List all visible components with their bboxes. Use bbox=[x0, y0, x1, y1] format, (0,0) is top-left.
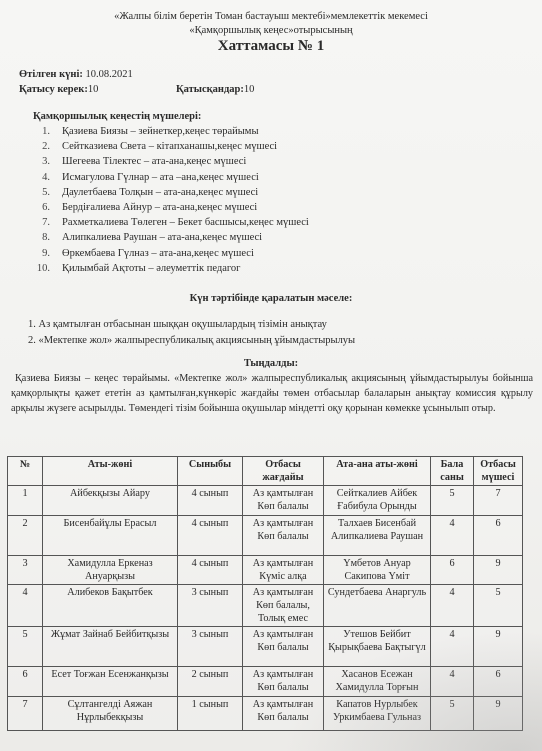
attended-value: 10 bbox=[244, 84, 255, 95]
col-parents: Ата-ана аты-жөні bbox=[324, 457, 431, 486]
heard-body: Қазиева Биязы – кеңес төрайымы. «Мектепк… bbox=[11, 371, 533, 417]
cell-children-count: 4 bbox=[431, 585, 474, 627]
cell-number: 2 bbox=[8, 516, 43, 556]
protocol-title: Хаттамасы № 1 bbox=[0, 38, 542, 55]
attended-label: Қатысқандар: bbox=[176, 84, 244, 95]
cell-name: Жұмат Зайнаб Бейбитқызы bbox=[43, 627, 178, 667]
cell-name: Есет Тоғжан Есенжанқызы bbox=[43, 667, 178, 697]
member-number: 5. bbox=[30, 185, 50, 200]
table-row: 3Хамидулла Еркеназ Ануарқызы4 сыныпАз қа… bbox=[8, 556, 523, 585]
institution-header: «Жалпы білім беретін Томан бастауыш мект… bbox=[0, 11, 542, 22]
cell-parents: Сундетбаева Анаргуль bbox=[324, 585, 431, 627]
cell-family-members: 5 bbox=[474, 585, 523, 627]
table-header-row: № Аты-жөні Сыныбы Отбасы жағдайы Ата-ана… bbox=[8, 457, 523, 486]
actual-attendance: Қатысқандар:10 bbox=[176, 84, 254, 95]
cell-grade: 1 сынып bbox=[178, 697, 243, 731]
agenda-title: Күн тәртібінде қаралатын мәселе: bbox=[0, 293, 542, 304]
cell-number: 1 bbox=[8, 486, 43, 516]
col-name: Аты-жөні bbox=[43, 457, 178, 486]
col-children-count: Бала саны bbox=[431, 457, 474, 486]
members-list: 1.Қазиева Биязы – зейнеткер,кеңес төрайы… bbox=[30, 124, 309, 276]
cell-number: 7 bbox=[8, 697, 43, 731]
member-text: Даулетбаева Толқын – ата-ана,кеңес мүшес… bbox=[62, 187, 258, 198]
member-number: 4. bbox=[30, 170, 50, 185]
table-row: 7Сұлтангелді Аяжан Нұрлыбекқызы1 сыныпАз… bbox=[8, 697, 523, 731]
required-value: 10 bbox=[88, 84, 99, 95]
cell-family-status: Аз қамтылған Күміс алқа bbox=[243, 556, 324, 585]
agenda-list: 1. Аз қамтылған отбасынан шыққан оқушыла… bbox=[28, 317, 355, 349]
cell-parents: Үмбетов Ануар Сакипова Үміт bbox=[324, 556, 431, 585]
member-item: 7.Рахметкалиева Төлеген – Бекет басшысы,… bbox=[30, 215, 309, 230]
cell-grade: 3 сынып bbox=[178, 585, 243, 627]
cell-number: 3 bbox=[8, 556, 43, 585]
member-text: Рахметкалиева Төлеген – Бекет басшысы,ке… bbox=[62, 217, 309, 228]
cell-children-count: 4 bbox=[431, 516, 474, 556]
member-item: 9.Өркембаева Гүлназ – ата-ана,кеңес мүше… bbox=[30, 246, 309, 261]
required-attendance: Қатысу керек:10 bbox=[19, 84, 98, 95]
member-number: 1. bbox=[30, 124, 50, 139]
table-row: 6Есет Тоғжан Есенжанқызы2 сыныпАз қамтыл… bbox=[8, 667, 523, 697]
member-text: Бердіғалиева Айнур – ата-ана,кеңес мүшес… bbox=[62, 202, 257, 213]
cell-grade: 4 сынып bbox=[178, 486, 243, 516]
cell-children-count: 5 bbox=[431, 486, 474, 516]
member-item: 10.Қилымбай Ақтоты – әлеуметтік педагог bbox=[30, 261, 309, 276]
col-number: № bbox=[8, 457, 43, 486]
member-text: Шегеева Тілектес – ата-ана,кеңес мүшесі bbox=[62, 156, 246, 167]
cell-family-status: Аз қамтылған Көп балалы bbox=[243, 667, 324, 697]
member-text: Қазиева Биязы – зейнеткер,кеңес төрайымы bbox=[62, 126, 259, 137]
cell-name: Айбекқызы Айару bbox=[43, 486, 178, 516]
cell-number: 4 bbox=[8, 585, 43, 627]
cell-children-count: 4 bbox=[431, 627, 474, 667]
member-text: Сейтказиева Света – кітапханашы,кеңес мү… bbox=[62, 141, 277, 152]
cell-parents: Сейткалиев Айбек Ғабибула Орынды bbox=[324, 486, 431, 516]
council-session-header: «Қамқоршылық кеңес»отырысының bbox=[0, 25, 542, 36]
cell-children-count: 6 bbox=[431, 556, 474, 585]
col-grade: Сыныбы bbox=[178, 457, 243, 486]
member-number: 8. bbox=[30, 230, 50, 245]
member-item: 1.Қазиева Биязы – зейнеткер,кеңес төрайы… bbox=[30, 124, 309, 139]
cell-name: Бисенбайұлы Ерасыл bbox=[43, 516, 178, 556]
cell-family-status: Аз қамтылған Көп балалы bbox=[243, 627, 324, 667]
cell-family-status: Аз қамтылған Көп балалы bbox=[243, 516, 324, 556]
cell-grade: 2 сынып bbox=[178, 667, 243, 697]
member-text: Өркембаева Гүлназ – ата-ана,кеңес мүшесі bbox=[62, 248, 254, 259]
member-number: 10. bbox=[30, 261, 50, 276]
member-item: 4.Исмагулова Гүлнар – ата –ана,кеңес мүш… bbox=[30, 170, 309, 185]
meeting-date: Өтілген күні: 10.08.2021 bbox=[19, 69, 133, 80]
member-item: 5.Даулетбаева Толқын – ата-ана,кеңес мүш… bbox=[30, 185, 309, 200]
cell-family-members: 9 bbox=[474, 556, 523, 585]
cell-family-members: 9 bbox=[474, 697, 523, 731]
cell-family-members: 9 bbox=[474, 627, 523, 667]
cell-family-members: 6 bbox=[474, 667, 523, 697]
cell-family-members: 6 bbox=[474, 516, 523, 556]
member-number: 9. bbox=[30, 246, 50, 261]
member-text: Алипкалиева Раушан – ата-ана,кеңес мүшес… bbox=[62, 232, 262, 243]
member-number: 2. bbox=[30, 139, 50, 154]
table-row: 5Жұмат Зайнаб Бейбитқызы3 сыныпАз қамтыл… bbox=[8, 627, 523, 667]
required-label: Қатысу керек: bbox=[19, 84, 88, 95]
cell-grade: 3 сынып bbox=[178, 627, 243, 667]
table-row: 2Бисенбайұлы Ерасыл4 сыныпАз қамтылған К… bbox=[8, 516, 523, 556]
cell-number: 6 bbox=[8, 667, 43, 697]
heard-title: Тыңдалды: bbox=[0, 358, 542, 369]
cell-grade: 4 сынып bbox=[178, 556, 243, 585]
date-value: 10.08.2021 bbox=[83, 69, 133, 80]
member-number: 7. bbox=[30, 215, 50, 230]
cell-name: Алибеков Бақытбек bbox=[43, 585, 178, 627]
member-text: Қилымбай Ақтоты – әлеуметтік педагог bbox=[62, 263, 240, 274]
document-page: «Жалпы білім беретін Томан бастауыш мект… bbox=[0, 0, 542, 751]
cell-name: Хамидулла Еркеназ Ануарқызы bbox=[43, 556, 178, 585]
cell-parents: Хасанов Есежан Хамидулла Торғын bbox=[324, 667, 431, 697]
member-item: 3.Шегеева Тілектес – ата-ана,кеңес мүшес… bbox=[30, 154, 309, 169]
cell-number: 5 bbox=[8, 627, 43, 667]
member-item: 2.Сейтказиева Света – кітапханашы,кеңес … bbox=[30, 139, 309, 154]
students-table: № Аты-жөні Сыныбы Отбасы жағдайы Ата-ана… bbox=[7, 456, 523, 731]
cell-parents: Утешов Бейбит Қырықбаева Бақтыгүл bbox=[324, 627, 431, 667]
cell-family-status: Аз қамтылған Көп балалы bbox=[243, 697, 324, 731]
member-number: 6. bbox=[30, 200, 50, 215]
cell-family-status: Аз қамтылған Көп балалы, Толық емес bbox=[243, 585, 324, 627]
cell-family-status: Аз қамтылған Көп балалы bbox=[243, 486, 324, 516]
cell-name: Сұлтангелді Аяжан Нұрлыбекқызы bbox=[43, 697, 178, 731]
member-item: 6.Бердіғалиева Айнур – ата-ана,кеңес мүш… bbox=[30, 200, 309, 215]
member-item: 8.Алипкалиева Раушан – ата-ана,кеңес мүш… bbox=[30, 230, 309, 245]
date-label: Өтілген күні: bbox=[19, 69, 83, 80]
table-row: 1Айбекқызы Айару4 сыныпАз қамтылған Көп … bbox=[8, 486, 523, 516]
col-family-members: Отбасы мүшесі bbox=[474, 457, 523, 486]
agenda-item: 1. Аз қамтылған отбасынан шыққан оқушыла… bbox=[28, 317, 355, 333]
cell-parents: Талхаев Бисенбай Алипкалиева Раушан bbox=[324, 516, 431, 556]
cell-children-count: 5 bbox=[431, 697, 474, 731]
cell-children-count: 4 bbox=[431, 667, 474, 697]
agenda-item: 2. «Мектепке жол» жалпыреспубликалық акц… bbox=[28, 333, 355, 349]
member-number: 3. bbox=[30, 154, 50, 169]
member-text: Исмагулова Гүлнар – ата –ана,кеңес мүшес… bbox=[62, 172, 259, 183]
col-family-status: Отбасы жағдайы bbox=[243, 457, 324, 486]
cell-grade: 4 сынып bbox=[178, 516, 243, 556]
members-title: Қамқоршылық кеңестің мүшелері: bbox=[33, 111, 201, 122]
table-row: 4Алибеков Бақытбек3 сыныпАз қамтылған Кө… bbox=[8, 585, 523, 627]
cell-family-members: 7 bbox=[474, 486, 523, 516]
cell-parents: Капатов Нурлыбек Уркимбаева Гульназ bbox=[324, 697, 431, 731]
